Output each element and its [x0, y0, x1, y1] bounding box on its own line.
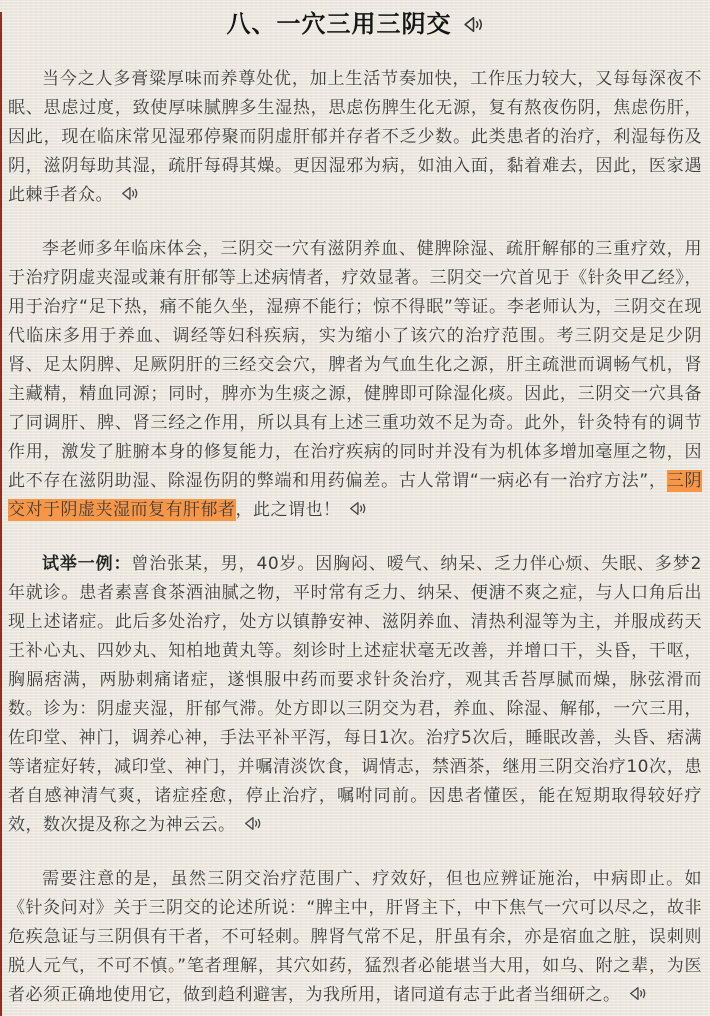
- speaker-icon[interactable]: [348, 500, 367, 517]
- paragraph-text: 当今之人多膏粱厚味而养尊处优，加上生活节奏加快，工作压力较大，又每每深夜不眠、思…: [8, 69, 702, 205]
- left-accent-line: [0, 12, 2, 1016]
- paragraph-text: 试举一例：: [42, 554, 131, 574]
- paragraph: 需要注意的是，虽然三阴交治疗范围广、疗效好，但也应辨证施治，中病即止。如《针灸问…: [8, 865, 702, 1010]
- speaker-icon[interactable]: [120, 185, 139, 202]
- paragraph-text: 曾治张某，男，40岁。因胸闷、嗳气、纳呆、乏力伴心烦、失眠、多梦2年就诊。患者素…: [8, 554, 702, 835]
- paragraph-text: 需要注意的是，虽然三阴交治疗范围广、疗效好，但也应辨证施治，中病即止。如《针灸问…: [8, 869, 702, 1005]
- paragraph: 李老师多年临床体会，三阴交一穴有滋阴养血、健脾除湿、疏肝解郁的三重疗效，用于治疗…: [8, 235, 702, 525]
- paragraph: 试举一例：曾治张某，男，40岁。因胸闷、嗳气、纳呆、乏力伴心烦、失眠、多梦2年就…: [8, 550, 702, 840]
- article-body: 当今之人多膏粱厚味而养尊处优，加上生活节奏加快，工作压力较大，又每每深夜不眠、思…: [0, 65, 710, 1016]
- paragraph-text: 李老师多年临床体会，三阴交一穴有滋阴养血、健脾除湿、疏肝解郁的三重疗效，用于治疗…: [8, 239, 702, 491]
- page-title: 八、一穴三用三阴交: [227, 9, 452, 39]
- speaker-icon[interactable]: [243, 815, 262, 832]
- paragraph: 当今之人多膏粱厚味而养尊处优，加上生活节奏加快，工作压力较大，又每每深夜不眠、思…: [8, 65, 702, 210]
- paragraph-text: ，此之谓也！: [236, 500, 341, 520]
- title-speaker-icon[interactable]: [462, 15, 484, 34]
- title-row: 八、一穴三用三阴交: [0, 0, 710, 39]
- speaker-icon[interactable]: [628, 985, 647, 1002]
